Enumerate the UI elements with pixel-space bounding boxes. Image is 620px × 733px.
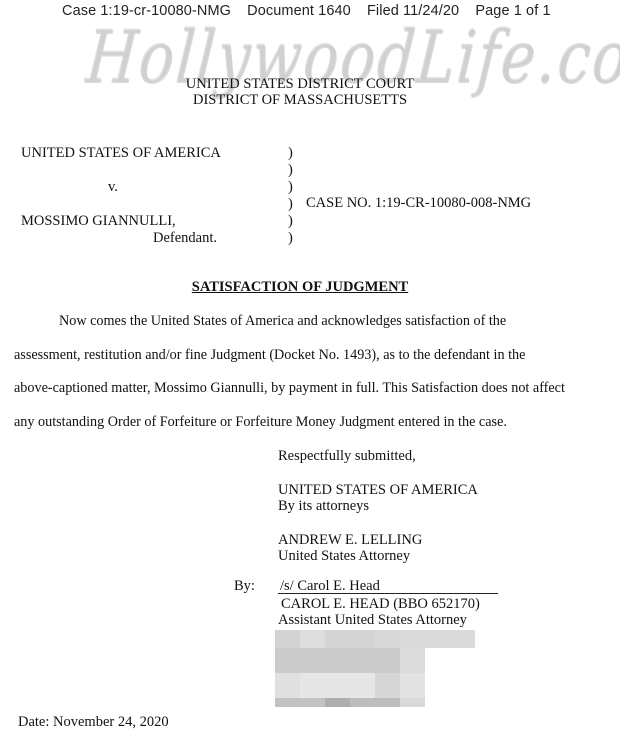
document-date: Date: November 24, 2020 [18,714,169,731]
filed-date: Filed 11/24/20 [367,3,459,19]
case-number-caption: CASE NO. 1:19-CR-10080-008-NMG [306,195,531,212]
signing-party: UNITED STATES OF AMERICA [278,482,478,498]
by-label: By: [234,578,255,595]
us-attorney-name: ANDREW E. LELLING [278,532,422,548]
us-attorney-title: United States Attorney [278,548,410,564]
defendant-role: Defendant. [153,230,217,247]
plaintiff: UNITED STATES OF AMERICA [21,145,221,162]
document-title: SATISFACTION OF JUDGMENT [0,279,600,296]
court-heading: UNITED STATES DISTRICT COURT DISTRICT OF… [0,76,600,108]
signer-name: CAROL E. HEAD (BBO 652170) [281,596,480,612]
caption-parens: ) ) ) ) ) ) [288,145,293,247]
electronic-signature: /s/ Carol E. Head [280,578,380,594]
defendant: MOSSIMO GIANNULLI, [21,213,176,230]
court-name: UNITED STATES DISTRICT COURT [0,76,600,92]
signature-line [278,593,498,594]
body-line: Now comes the United States of America a… [59,313,506,330]
body-line: above-captioned matter, Mossimo Giannull… [14,380,565,397]
signer-title: Assistant United States Attorney [278,612,467,628]
versus: v. [108,179,118,196]
case-number: Case 1:19-cr-10080-NMG [62,3,231,19]
redacted-block [275,630,475,710]
body-line: assessment, restitution and/or fine Judg… [14,347,525,364]
signing-party-sub: By its attorneys [278,498,369,514]
body-line: any outstanding Order of Forfeiture or F… [14,414,507,431]
page-count: Page 1 of 1 [475,3,550,19]
court-district: DISTRICT OF MASSACHUSETTS [0,92,600,108]
closing: Respectfully submitted, [278,448,416,464]
document-number: Document 1640 [247,3,351,19]
ecf-header: Case 1:19-cr-10080-NMG Document 1640 Fil… [62,3,563,19]
